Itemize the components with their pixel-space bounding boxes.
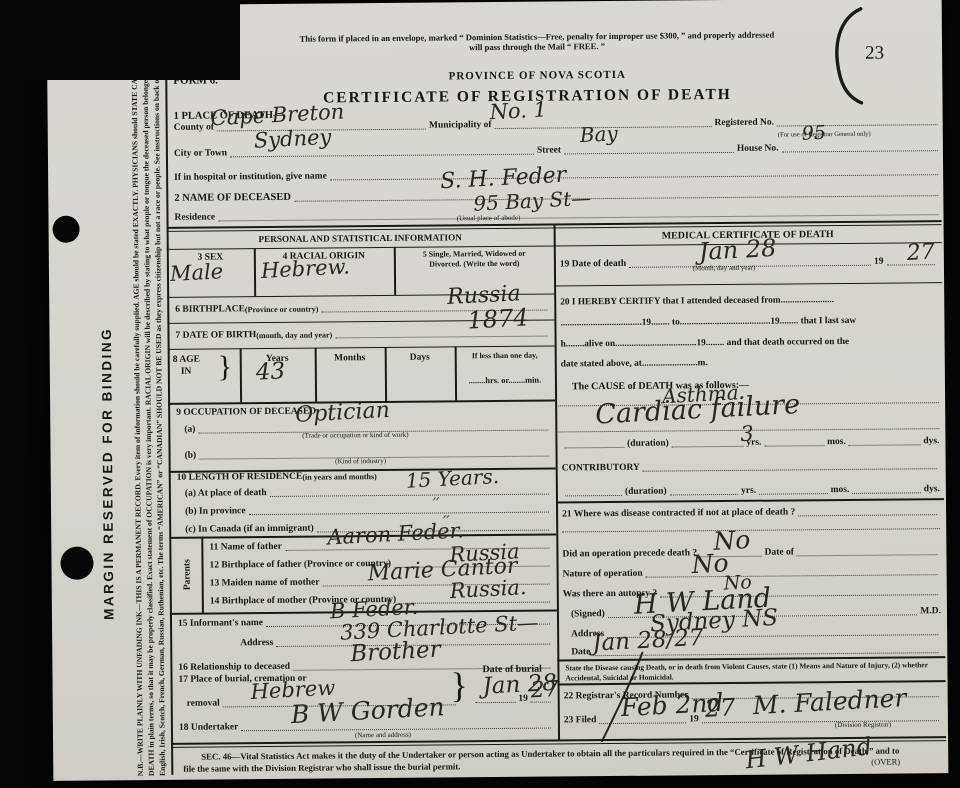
binding-margin-note: N.B.—WRITE PLAINLY WITH UNFADING INK—THI… <box>128 38 167 776</box>
informant-label: 15 Informant's name <box>178 618 263 629</box>
undertaker-note: (Name and address) <box>283 730 483 740</box>
scan-corner-shadow <box>0 0 240 80</box>
punch-hole <box>60 547 93 580</box>
dob-label: 7 DATE OF BIRTH <box>175 330 256 341</box>
res-b-label: (b) In province <box>185 506 246 517</box>
burial-year-value: 27 <box>530 679 559 702</box>
hospital-label: If in hospital or institution, give name <box>174 171 327 182</box>
mos-label: mos. <box>827 437 846 447</box>
length-note: (in years and months) <box>302 472 377 482</box>
mother-bp-value: Russia. <box>449 577 527 602</box>
res-b-value: ′′ <box>433 496 441 511</box>
sex-value: Male <box>169 261 223 285</box>
death-year-prefix: 19 <box>874 257 884 267</box>
operation-row: Did an operation precede death ? Date of <box>562 546 940 559</box>
certify-line4: date stated above, at...................… <box>561 358 708 369</box>
personal-section-header: PERSONAL AND STATISTICAL INFORMATION <box>167 232 554 245</box>
street-value: Bay <box>579 123 618 145</box>
filed-registrar-value: M. Faledner <box>752 685 907 718</box>
dys-label: dys. <box>923 436 939 446</box>
md-label: M.D. <box>920 606 941 616</box>
occ-b-label: (b) <box>185 451 197 461</box>
signed-label: (Signed) <box>571 609 605 619</box>
res-a-value: 15 Years. <box>405 466 499 491</box>
occupation-value: Optician <box>295 400 391 427</box>
duration2-label: (duration) <box>625 487 667 497</box>
operation-date-label: Date of <box>765 547 794 557</box>
duration-label: (duration) <box>627 439 669 449</box>
operation-label: Did an operation precede death ? <box>562 548 697 559</box>
certify-line3: h........alive on.......................… <box>561 337 850 350</box>
dob-value: 1874 <box>467 305 529 332</box>
birthplace-note: (Province or country) <box>245 305 319 315</box>
house-no-value: 95 <box>801 124 826 144</box>
deceased-name-label: 2 NAME OF DECEASED <box>174 192 291 204</box>
residence-value: 95 Bay St— <box>473 188 592 214</box>
residence-label: Residence <box>174 212 215 222</box>
death-year-value: 27 <box>906 242 935 265</box>
father-bp-label: 12 Birthplace of father (Province or cou… <box>209 559 391 571</box>
occ-a-note: (Trade or occupation or kind of work) <box>240 430 470 440</box>
age-in-label: IN <box>181 367 192 377</box>
yrs2-label: yrs. <box>741 486 756 496</box>
birthplace-label: 6 BIRTHPLACE <box>175 304 245 315</box>
contributory-row: CONTRIBUTORY <box>562 460 940 473</box>
undertaker-value: B W Gorden <box>290 694 445 727</box>
days-label: Days <box>385 352 455 363</box>
marital-line2: Divorced. (Write the word) <box>397 259 552 270</box>
dys2-label: dys. <box>924 484 940 494</box>
parents-label: Parents <box>182 559 192 590</box>
county-label: County of <box>174 122 214 132</box>
death-date-value: Jan 28 <box>698 236 777 264</box>
nature-row: Nature of operation <box>563 566 941 579</box>
filed-label: 23 Filed <box>564 715 597 725</box>
mother-label: 13 Maiden name of mother <box>210 578 320 589</box>
racial-origin-value: Hebrew. <box>260 256 350 282</box>
certificate-date-label: Date <box>571 647 590 657</box>
duration-value: 3 <box>740 423 754 445</box>
column-divider <box>554 223 560 739</box>
occ-b-note: (Kind of industry) <box>281 456 441 465</box>
certify-line2: ...................................19...… <box>560 316 856 329</box>
mail-notice: This form if placed in an envelope, mark… <box>217 29 857 55</box>
burial-brace: } <box>450 664 468 706</box>
dob-note: (month, day and year) <box>256 330 332 340</box>
q21-label: 21 Where was disease contracted if not a… <box>562 507 795 519</box>
city-value: Sydney <box>253 127 332 152</box>
occ-a-label: (a) <box>184 425 195 435</box>
months-label: Months <box>315 353 385 364</box>
municipality-label: Municipality of <box>429 120 492 131</box>
age-years-value: 43 <box>255 360 285 385</box>
age-label: 8 AGE <box>173 355 200 365</box>
res-a-label: (a) At place of death <box>185 488 267 499</box>
nature-label: Nature of operation <box>563 569 643 580</box>
province-heading: PROVINCE OF NOVA SCOTIA <box>217 67 857 85</box>
relationship-value: Brother <box>350 639 441 667</box>
death-date-note: (Month, day and year) <box>639 263 809 272</box>
house-no-label: House No. <box>737 144 779 154</box>
division-registrar-note: (Division Registrar) <box>793 720 933 729</box>
duration2-row: (duration) yrs. mos. dys. <box>562 484 940 497</box>
death-date-label: 19 Date of death <box>560 259 626 270</box>
sheet-number: 23 <box>865 43 884 65</box>
mos2-label: mos. <box>831 485 850 495</box>
scanned-death-certificate: MARGIN RESERVED FOR BINDING N.B.—WRITE P… <box>0 0 960 788</box>
burial-removal-label: removal <box>187 698 220 708</box>
father-label: 11 Name of father <box>209 542 282 553</box>
res-b-row: (b) In province <box>185 504 552 517</box>
binding-margin-label: MARGIN RESERVED FOR BINDING <box>99 327 117 620</box>
cause-value-2: Cardiac failure <box>595 391 801 429</box>
municipality-value: No. 1 <box>489 99 547 123</box>
q21-row: 21 Where was disease contracted if not a… <box>562 506 940 519</box>
marital-status-label: 5 Single, Married, Widowed or Divorced. … <box>397 249 552 271</box>
hrs-min-line: ........hrs. or........min. <box>457 376 553 386</box>
certificate-date-value: Jan 28/27 <box>592 627 704 656</box>
punch-hole <box>52 216 79 243</box>
over-label: (OVER) <box>871 757 900 767</box>
contributory-label: CONTRIBUTORY <box>562 463 640 474</box>
length-label: 10 LENGTH OF RESIDENCE <box>177 472 303 483</box>
certify-line1: 20 I HEREBY CERTIFY that I attended dece… <box>560 295 834 307</box>
less-than-day-label: If less than one day, <box>457 351 553 361</box>
registered-no-label: Registered No. <box>714 118 774 129</box>
age-brace: } <box>218 350 233 384</box>
relationship-label: 16 Relationship to deceased <box>178 662 290 673</box>
city-label: City or Town <box>174 148 227 158</box>
res-c-label: (c) In Canada (if an immigrant) <box>185 524 314 535</box>
undertaker-label: 18 Undertaker <box>179 722 238 733</box>
informant-address-label: Address <box>240 638 273 648</box>
street-label: Street <box>537 145 561 155</box>
death-certificate-sheet: MARGIN RESERVED FOR BINDING N.B.—WRITE P… <box>47 0 949 781</box>
filed-year-value: 27 <box>704 695 736 721</box>
